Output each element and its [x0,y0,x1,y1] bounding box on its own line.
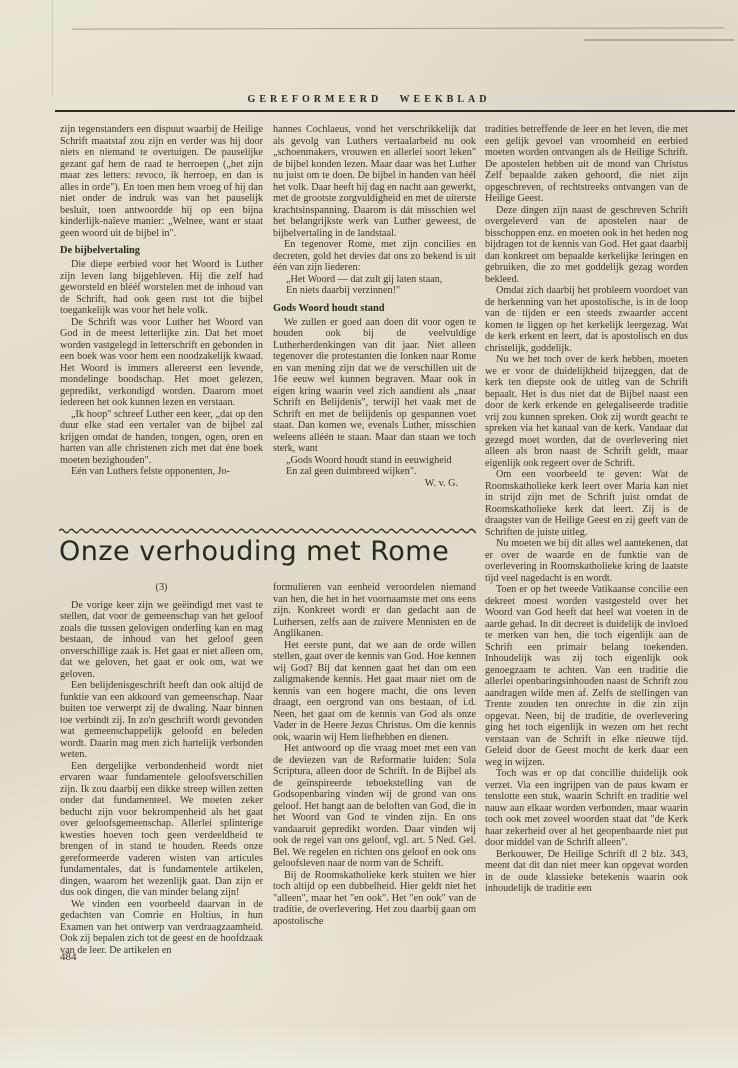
paragraph: Toen er op het tweede Vatikaanse concili… [485,584,688,768]
paragraph: Nu we het toch over de kerk hebben, moet… [485,354,688,469]
paragraph: hannes Cochlaeus, vond het verschrikkeli… [273,124,476,239]
scan-artifact-line [584,39,734,41]
paragraph: Het antwoord op die vraag moet met een v… [273,743,476,870]
paragraph: Een dergelijke verbondenheid wordt niet … [60,761,263,899]
scan-artifact-line [72,27,724,29]
paragraph: Toch was er op dat concillie duidelijk o… [485,768,688,849]
paragraph: formulieren van eenheid veroordelen niem… [273,582,476,640]
section-heading-bijbelvertaling: De bijbelvertaling [60,245,263,257]
quote-line: En niets daarbij verzinnen!" [286,285,476,297]
rome-article-lower-column-1: (3) De vorige keer zijn we geëindigd met… [60,582,263,954]
page-number: 484 [60,951,77,963]
paragraph: De vorige keer zijn we geëindigd met vas… [60,600,263,681]
quote-line: „Het Woord — dat zult gij laten staan, [286,274,476,286]
paragraph: Om een voorbeeld te geven: Wat de Roomsk… [485,469,688,538]
paragraph: zijn tegenstanders een dispuut waarbij d… [60,124,263,239]
rome-article-column-3: tradities betreffende de leer en het lev… [485,124,688,956]
paragraph: We zullen er goed aan doen dit voor ogen… [273,317,476,455]
masthead-title: GEREFORMEERD WEEKBLAD [0,94,738,105]
paragraph: Die diepe eerbied voor het Woord is Luth… [60,259,263,317]
rome-article-lower-column-2: formulieren van eenheid veroordelen niem… [273,582,476,954]
wavy-divider [59,527,476,535]
paragraph: De Schrift was voor Luther het Woord van… [60,317,263,409]
luther-article-column-2: hannes Cochlaeus, vond het verschrikkeli… [273,124,476,528]
hymn-quote: „Het Woord — dat zult gij laten staan, E… [273,274,476,297]
author-signature: W. v. G. [273,478,476,490]
paragraph: Bij de Roomskatholieke kerk stuiten we h… [273,870,476,928]
paragraph: tradities betreffende de leer en het lev… [485,124,688,205]
paragraph: Een belijdenisgeschrift heeft dan ook al… [60,680,263,761]
article-title: Onze verhouding met Rome [59,537,489,567]
scan-artifact-crease [52,0,53,96]
header-rule [55,110,735,112]
part-number: (3) [60,582,263,594]
paragraph: En tegenover Rome, met zijn concilies en… [273,239,476,274]
paragraph: Deze dingen zijn naast de geschreven Sch… [485,205,688,286]
quote-line: En zal geen duimbreed wijken". [286,466,476,478]
section-heading-gods-woord: Gods Woord houdt stand [273,303,476,315]
page-bottom-light-edge [0,1024,738,1068]
paragraph: Omdat zich daarbij het probleem voordoet… [485,285,688,354]
paragraph: Nu moeten we bij dit alles wel aantekene… [485,538,688,584]
paragraph: Het eerste punt, dat we aan de orde will… [273,640,476,744]
scanned-magazine-page: GEREFORMEERD WEEKBLAD zijn tegenstanders… [0,0,738,1068]
luther-article-column-1: zijn tegenstanders een dispuut waarbij d… [60,124,263,528]
paragraph: Berkouwer, De Heilige Schrift dl 2 blz. … [485,849,688,895]
hymn-quote: „Gods Woord houdt stand in eeuwigheid En… [273,455,476,478]
paragraph: Eén van Luthers felste opponenten, Jo- [60,466,263,478]
paragraph: We vinden een voorbeeld daarvan in de ge… [60,899,263,955]
quote-line: „Gods Woord houdt stand in eeuwigheid [286,455,476,467]
paragraph: „Ik hoop" schreef Luther een keer, „dat … [60,409,263,467]
